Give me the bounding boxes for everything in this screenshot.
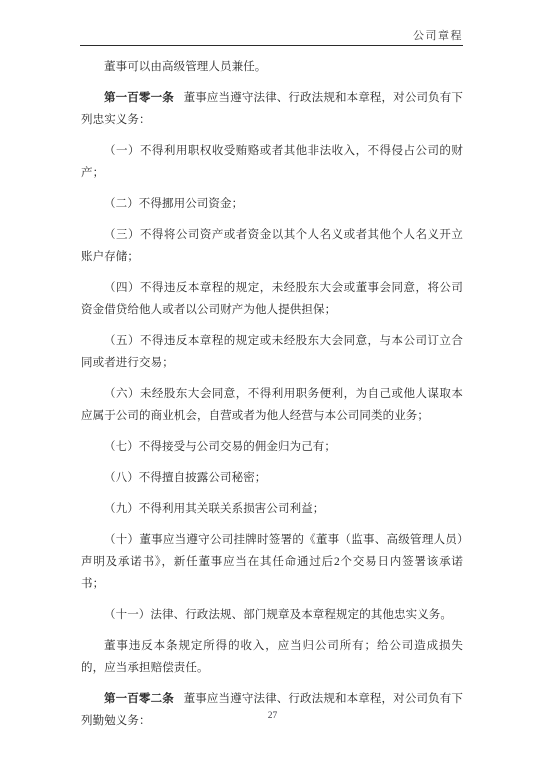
paragraph: （八）不得擅自披露公司秘密； <box>81 467 463 489</box>
paragraph-text: （三）不得将公司资产或者资金以其个人名义或者其他个人名义开立账户存储； <box>81 229 463 263</box>
paragraph-text: 董事可以由高级管理人员兼任。 <box>104 61 266 73</box>
page-header: 公司章程 <box>80 0 463 46</box>
paragraph: （二）不得挪用公司资金； <box>81 193 463 215</box>
paragraph-text: （一）不得利用职权收受贿赂或者其他非法收入，不得侵占公司的财产； <box>81 145 463 179</box>
paragraph-text: （七）不得接受与公司交易的佣金归为己有； <box>104 441 336 453</box>
paragraph-text: （八）不得擅自披露公司秘密； <box>104 472 266 484</box>
paragraph-text: 董事违反本条规定所得的收入，应当归公司所有；给公司造成损失的，应当承担赔偿责任。 <box>81 640 463 674</box>
paragraph-text: （二）不得挪用公司资金； <box>104 198 243 210</box>
paragraph-text: （四）不得违反本章程的规定，未经股东大会或董事会同意，将公司资金借贷给他人或者以… <box>81 282 463 316</box>
paragraph-text: （六）未经股东大会同意，不得利用职务便利，为自己或他人谋取本应属于公司的商业机会… <box>81 388 463 422</box>
paragraph: 董事可以由高级管理人员兼任。 <box>81 56 463 78</box>
paragraph: （六）未经股东大会同意，不得利用职务便利，为自己或他人谋取本应属于公司的商业机会… <box>81 383 463 428</box>
page-footer: 27 <box>0 711 545 721</box>
paragraph: （四）不得违反本章程的规定，未经股东大会或董事会同意，将公司资金借贷给他人或者以… <box>81 277 463 322</box>
paragraph-text: （五）不得违反本章程的规定或未经股东大会同意，与本公司订立合同或者进行交易； <box>81 335 463 369</box>
paragraph: （十一）法律、行政法规、部门规章及本章程规定的其他忠实义务。 <box>81 604 463 626</box>
paragraph: （九）不得利用其关联关系损害公司利益； <box>81 498 463 520</box>
paragraph: （七）不得接受与公司交易的佣金归为己有； <box>81 436 463 458</box>
paragraph: （一）不得利用职权收受贿赂或者其他非法收入，不得侵占公司的财产； <box>81 140 463 185</box>
article-number: 第一百零一条 <box>104 92 174 104</box>
article-number: 第一百零二条 <box>104 693 174 705</box>
paragraph: （五）不得违反本章程的规定或未经股东大会同意，与本公司订立合同或者进行交易； <box>81 330 463 375</box>
page-number: 27 <box>268 711 278 721</box>
paragraph: （十）董事应当遵守公司挂牌时签署的《董事（监事、高级管理人员）声明及承诺书》，新… <box>81 529 463 596</box>
document-page: 公司章程 董事可以由高级管理人员兼任。 第一百零一条董事应当遵守法律、行政法规和… <box>0 0 545 771</box>
document-body: 董事可以由高级管理人员兼任。 第一百零一条董事应当遵守法律、行政法规和本章程，对… <box>81 56 463 741</box>
header-rule <box>80 45 463 46</box>
article-paragraph: 第一百零一条董事应当遵守法律、行政法规和本章程，对公司负有下列忠实义务： <box>81 87 463 132</box>
paragraph-text: （九）不得利用其关联关系损害公司利益； <box>104 503 324 515</box>
paragraph: （三）不得将公司资产或者资金以其个人名义或者其他个人名义开立账户存储； <box>81 224 463 269</box>
paragraph-text: （十一）法律、行政法规、部门规章及本章程规定的其他忠实义务。 <box>104 609 452 621</box>
paragraph-text: （十）董事应当遵守公司挂牌时签署的《董事（监事、高级管理人员）声明及承诺书》，新… <box>81 534 463 591</box>
paragraph: 董事违反本条规定所得的收入，应当归公司所有；给公司造成损失的，应当承担赔偿责任。 <box>81 635 463 680</box>
header-title: 公司章程 <box>80 0 463 43</box>
